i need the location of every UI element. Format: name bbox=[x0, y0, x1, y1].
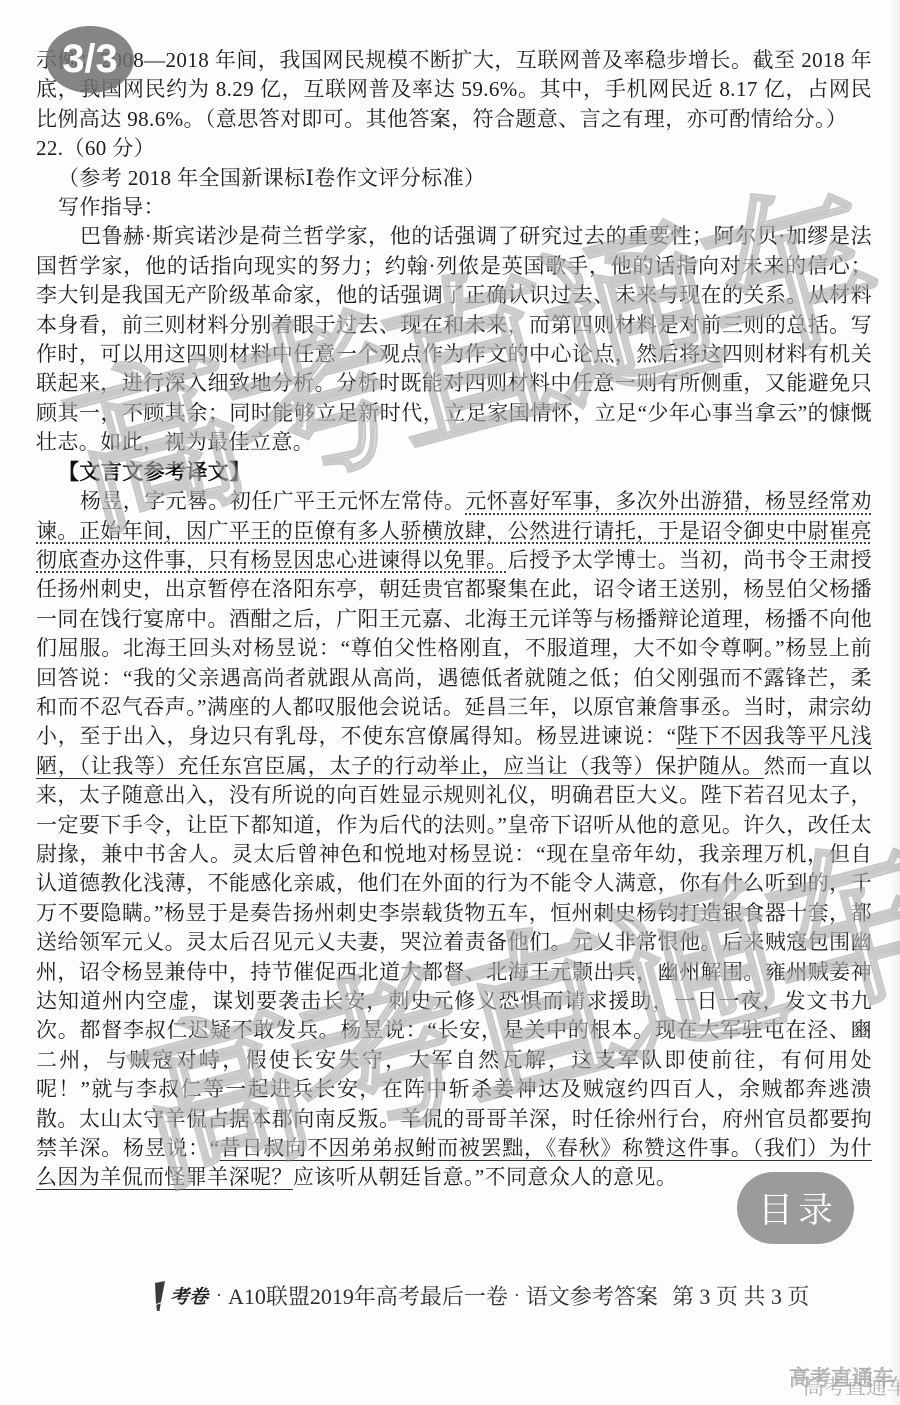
footer-subject: 语文参考答案 bbox=[526, 1280, 658, 1311]
question-22-heading: 22.（60 分） bbox=[36, 134, 872, 163]
translation-segment-normal: 应该听从朝廷旨意。”不同意众人的意见。 bbox=[293, 1165, 677, 1189]
corner-watermark-line: 高考直通车 bbox=[799, 1380, 900, 1395]
exam-answer-page: 高考直通车 高考直通车 示例：2008—2018 年间，我国网民规模不断扩大，互… bbox=[0, 0, 900, 1405]
classical-translation-body: 杨昱，字元晷。初任广平王元怀左常侍。元怀喜好军事，多次外出游猎，杨昱经常劝谏。正… bbox=[36, 487, 872, 1193]
scoring-reference-line: （参考 2018 年全国新课标Ⅰ卷作文评分标准） bbox=[36, 164, 872, 193]
writing-guide-body: 巴鲁赫·斯宾诺沙是荷兰哲学家，他的话强调了研究过去的重要性；阿尔贝·加缪是法国哲… bbox=[36, 222, 872, 457]
footer-exam-title: A10联盟2019年高考最后一卷 bbox=[228, 1280, 508, 1311]
sample-answer-paragraph: 示例：2008—2018 年间，我国网民规模不断扩大，互联网普及率稳步增长。截至… bbox=[36, 46, 872, 134]
translation-segment-normal: 杨昱，字元晷。初任广平王元怀左常侍。 bbox=[80, 489, 465, 513]
translation-segment-normal: 后授予太学博士。当初，尚书令王肃授任扬州刺史，出京暂停在洛阳东亭，朝廷贵官都聚集… bbox=[36, 548, 872, 748]
page-counter-badge: 3/3 bbox=[46, 26, 134, 93]
footer-separator: · bbox=[514, 1285, 520, 1306]
footer-page-info: 第 3 页 共 3 页 bbox=[672, 1280, 810, 1311]
corner-watermark: 高考直通车 高考直通车 bbox=[789, 1371, 894, 1401]
toc-button[interactable]: 目录 bbox=[737, 1172, 854, 1244]
corner-watermark-line: 高考直通车 bbox=[789, 1371, 894, 1386]
writing-guide-label: 写作指导： bbox=[36, 193, 872, 222]
classical-translation-heading: 【文言文参考译文】 bbox=[36, 458, 872, 487]
page-footer: 考卷 · A10联盟2019年高考最后一卷 · 语文参考答案 第 3 页 共 3… bbox=[150, 1280, 790, 1311]
page-counter-label: 3/3 bbox=[62, 37, 118, 82]
brand-pen-icon bbox=[150, 1281, 168, 1311]
footer-separator: · bbox=[216, 1285, 222, 1306]
paper-edge-shadow bbox=[890, 0, 900, 1405]
document-text-area: 示例：2008—2018 年间，我国网民规模不断扩大，互联网普及率稳步增长。截至… bbox=[36, 46, 872, 1193]
toc-button-label: 目录 bbox=[758, 1183, 838, 1233]
brand-name: 考卷 bbox=[170, 1282, 208, 1309]
translation-segment-normal: 然而一直以来，太子随意出入，没有所说的向百姓显示规则礼仪，明确君臣大义。陛下若召… bbox=[36, 754, 872, 1160]
